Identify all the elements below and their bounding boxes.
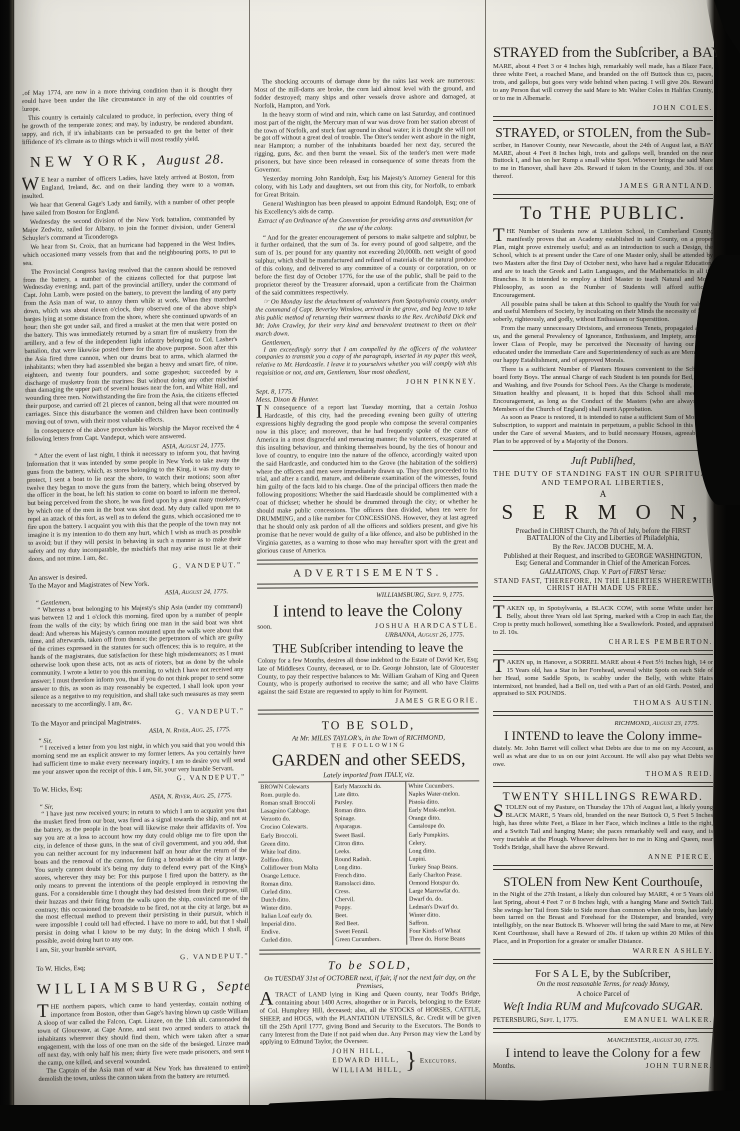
- ad-dateline: MANCHESTER, August 30, 1775.: [493, 1037, 713, 1044]
- ad-text: Months.: [493, 1063, 515, 1070]
- to-be-sold-heading: To be SOLD,: [259, 957, 480, 973]
- divider: [259, 948, 480, 954]
- sermon-article: A: [493, 489, 713, 499]
- ad-signature-row: Months.JOHN TURNER.: [493, 1062, 713, 1070]
- text-line: Sept. 8, 1775.: [256, 388, 477, 396]
- ad-reid-leave-colony: RICHMOND, August 23, 1775. I INTEND to l…: [493, 720, 713, 778]
- executor-name: WILLIAM HILL,: [332, 1065, 402, 1075]
- text-line: I am exceedingly sorry that I am compell…: [256, 345, 477, 378]
- ad-signature: ANNE PIERCE.: [493, 853, 713, 861]
- text-line: We hear from St. Croix, that an hurrican…: [22, 240, 235, 268]
- text-line: THE Number of Students now at Littleton …: [493, 228, 713, 299]
- sermon-dedication: Published at their Request, and inscribe…: [497, 553, 709, 567]
- executors-label: Executors.: [420, 1057, 457, 1064]
- dateline-date: August 28.: [157, 152, 225, 168]
- ad-place-date: PETERSBURG, Sept. 1, 1775.: [493, 1017, 578, 1024]
- ad-signature: EMANUEL WALKER.: [624, 1016, 713, 1024]
- ad-headline: STRAYED from the Subſcriber, a BAY: [493, 45, 713, 62]
- seller-location: At Mr. MILES TAYLOR's, in the Town of RI…: [258, 734, 479, 743]
- ad-taken-up-sorrel-mare: TAKEN up, in Hanover, a SORREL MARE abou…: [493, 659, 713, 708]
- dateline-heading-new-york: NEW YORK, August 28.: [22, 151, 234, 172]
- seed-list-column-2: Early Marzochi do.Late ditto.Parsley.Rom…: [331, 782, 406, 945]
- text-line: To W. Hicks, Esq;: [36, 962, 249, 973]
- column-middle: The shocking accounts of damage done by …: [250, 0, 486, 1131]
- ad-signature-row: soon.JOSHUA HARDCASTLE.: [257, 621, 478, 630]
- sermon-verse: STAND FAST, THEREFORE, IN THE LIBERTIES …: [493, 578, 713, 592]
- middle-news: The shocking accounts of damage done by …: [254, 77, 478, 555]
- sermon-subject: THE DUTY OF STANDING FAST IN OUR SPIRITU…: [493, 469, 713, 487]
- sermon-author: By the Rev. JACOB DUCHE, M. A.: [497, 544, 709, 551]
- sermon-announcement: Juſt Publiſhed, THE DUTY OF STANDING FAS…: [493, 455, 713, 592]
- text-line: ☞ On Monday last the detachment of volun…: [255, 297, 476, 338]
- text-line: IN consequence of a report last Tuesday …: [256, 404, 478, 556]
- ad-strayed-or-stolen: STRAYED, or STOLEN, from the Sub- scribe…: [493, 125, 713, 191]
- divider: [258, 709, 479, 715]
- ad-rum-and-sugar: For S A L E, by the Subſcriber, On the m…: [493, 968, 713, 1024]
- for-sale-heading: For S A L E, by the Subſcriber,: [493, 968, 713, 980]
- ad-headline: I intend to leave the Colony: [257, 600, 478, 621]
- text-line: “ I received a letter from you last nigh…: [32, 741, 246, 777]
- ad-body: TAKEN up, in Hanover, a SORREL MARE abou…: [493, 659, 713, 699]
- williamsburg-news: THE northern papers, which came to hand …: [37, 1000, 250, 1084]
- ad-body: MARE, about 4 Feet 3 or 4 Inches high, r…: [493, 63, 713, 103]
- ad-dateline: URBANNA, August 26, 1775.: [257, 631, 478, 639]
- text-line: Extract of an Ordinance of the Conventio…: [255, 216, 476, 233]
- ad-body: scriber, in Hanover County, near Newcast…: [493, 142, 713, 182]
- text-line: There is a sufficient Number of Planters…: [493, 366, 713, 414]
- divider: [493, 450, 713, 451]
- text-line: Wednesday the second division of the New…: [22, 215, 235, 243]
- ad-signature: THOMAS AUSTIN.: [493, 699, 713, 707]
- divider: [493, 865, 713, 870]
- text-line: “ After the event of last night, I think…: [26, 449, 241, 564]
- dateline-date: September 9.: [217, 977, 250, 994]
- ad-headline: STRAYED, or STOLEN, from the Sub-: [493, 125, 713, 141]
- column-left: ...of May 1774, are now in a more thrivi…: [22, 0, 250, 1131]
- ad-turner-leave-colony: MANCHESTER, August 30, 1775. I intend to…: [493, 1037, 713, 1070]
- ad-gregorie-subscriber: URBANNA, August 26, 1775. THE Subſcriber…: [257, 631, 478, 706]
- brace-glyph: }: [405, 1049, 417, 1073]
- ad-dateline: WILLIAMSBURG, Sept. 9, 1775.: [257, 591, 478, 599]
- column-right: STRAYED from the Subſcriber, a BAY MARE,…: [486, 0, 720, 1131]
- city-name: NEW YORK,: [30, 153, 150, 171]
- text-line: The shocking accounts of damage done by …: [254, 77, 475, 110]
- text-line: Yesterday morning John Randolph, Esq; hi…: [255, 174, 476, 199]
- ad-headline: I INTEND to leave the Colony imme-: [493, 728, 713, 744]
- seed-list-column-1: BROWN ColewartsRom. purple do.Roman smal…: [258, 783, 332, 946]
- divider: [493, 782, 713, 787]
- seed-item: Curled ditto.: [261, 936, 330, 944]
- text-line: All possible pains shall be taken at thi…: [493, 301, 713, 325]
- columns: ...of May 1774, are now in a more thrivi…: [22, 0, 720, 1131]
- ad-strayed-bay-mare: STRAYED from the Subſcriber, a BAY MARE,…: [493, 45, 713, 112]
- ad-body: STOLEN out of my Pasture, on Thursday th…: [493, 804, 713, 852]
- text-line: In the heavy storm of wind and rain, whi…: [254, 110, 475, 175]
- ad-signature: JAMES GRANTLAND.: [493, 182, 713, 190]
- divider: [493, 194, 713, 199]
- ad-headline: I intend to leave the Colony for a few: [493, 1045, 713, 1061]
- ad-body: A TRACT of LAND lying in King and Queen …: [260, 990, 481, 1047]
- text-line: From the many unnecessary Divisions, and…: [493, 325, 713, 365]
- seed-item: Green Cucumbers.: [335, 936, 404, 944]
- text-line: “ I have just now received yours; in ret…: [33, 807, 249, 946]
- executor-names: JOHN HILL,EDWARD HILL,WILLIAM HILL,: [332, 1047, 402, 1075]
- just-published-line: Juſt Publiſhed,: [493, 455, 713, 467]
- page-edge-bottom: [0, 1105, 740, 1131]
- seed-item: Three do. Horse Beans: [409, 935, 478, 943]
- ad-taken-up-black-cow: TAKEN up, in Spotsylvania, a BLACK COW, …: [493, 605, 713, 646]
- divider: [493, 116, 713, 121]
- ad-signature-row: PETERSBURG, Sept. 1, 1775.EMANUEL WALKER…: [493, 1016, 713, 1024]
- executor-name: JOHN HILL,: [332, 1047, 402, 1057]
- divider: [257, 582, 478, 588]
- ad-garden-seeds: TO BE SOLD, At Mr. MILES TAYLOR's, in th…: [258, 718, 480, 946]
- sale-terms: On the most reasonable Terms, for ready …: [493, 981, 713, 988]
- advertisements-heading: ADVERTISEMENTS.: [257, 567, 478, 579]
- sermon-preached-line: Preached in CHRIST Church, the 7th of Ju…: [497, 528, 709, 542]
- text-line: General Washington has been pleased to a…: [255, 199, 476, 216]
- ad-signature: JAMES GREGORIE.: [258, 697, 479, 706]
- divider: [493, 1028, 713, 1033]
- binding-edge-left: [0, 0, 15, 1131]
- text-line: THE northern papers, which came to hand …: [37, 1000, 250, 1067]
- ad-body: TAKEN up, in Spotsylvania, a BLACK COW, …: [493, 605, 713, 637]
- newspaper-scan: ...of May 1774, are now in a more thrivi…: [0, 0, 740, 1131]
- ad-signature: JOHN TURNER.: [646, 1062, 713, 1070]
- column-left-content: ...of May 1774, are now in a more thrivi…: [22, 86, 250, 1084]
- divider: [493, 959, 713, 964]
- ad-signature: WARREN ASHLEY.: [493, 947, 713, 955]
- ad-body: Colony for a few Months, desires all tho…: [257, 656, 478, 697]
- ad-twenty-shillings-reward: TWENTY SHILLINGS REWARD. STOLEN out of m…: [493, 791, 713, 861]
- parcel-line: A choice Parcel of: [493, 990, 713, 998]
- city-name: WILLIAMSBURG,: [37, 979, 210, 998]
- column-right-content: STRAYED from the Subſcriber, a BAY MARE,…: [493, 45, 713, 1070]
- ad-body: diately. Mr. John Barret will collect wh…: [493, 745, 713, 769]
- to-be-sold-heading: TO BE SOLD,: [258, 718, 479, 734]
- imported-from-italy: Lately imported from ITALY, viz.: [258, 771, 479, 780]
- text-line: This country is certainly calculated to …: [22, 111, 234, 147]
- ad-body: in the Night of the 27th Instant, a like…: [493, 891, 713, 946]
- notice-to-the-public: To THE PUBLIC. THE Number of Students no…: [493, 203, 713, 446]
- reward-heading: TWENTY SHILLINGS REWARD.: [493, 791, 713, 803]
- executor-name: EDWARD HILL,: [332, 1056, 402, 1066]
- garden-seeds-heading: GARDEN and other SEEDS,: [258, 750, 479, 771]
- ad-hardcastle-leave-colony: WILLIAMSBURG, Sept. 9, 1775. I intend to…: [257, 591, 478, 630]
- ad-text: soon.: [257, 623, 272, 630]
- ad-hill-land-sale: To be SOLD, On TUESDAY 31st of OCTOBER n…: [259, 957, 481, 1075]
- text-line: As soon as Peace is restored, it is inte…: [493, 414, 713, 446]
- goods-line: Weſt India RUM and Muſcovado SUGAR.: [493, 999, 713, 1014]
- ad-signature: JOSHUA HARDCASTLE.: [375, 621, 478, 630]
- text-line: JOHN PINKNEY.: [256, 378, 477, 387]
- text-line: WE hear a number of officers Ladies, hav…: [22, 173, 235, 201]
- seed-list-column-3: White Cucumbers.Naples Water-melon.Pisto…: [405, 782, 480, 945]
- divider: [493, 596, 713, 601]
- text-line: The Provincial Congress having resolved …: [23, 265, 239, 427]
- dateline-heading-williamsburg: WILLIAMSBURG, September 9.: [37, 978, 250, 999]
- to-the-public-heading: To THE PUBLIC.: [493, 203, 713, 225]
- executors-block: JOHN HILL,EDWARD HILL,WILLIAM HILL, } Ex…: [260, 1047, 457, 1075]
- ad-signature: JOHN COLES.: [493, 104, 713, 112]
- text-line: ...of May 1774, are now in a more thrivi…: [22, 86, 233, 114]
- seed-list: BROWN ColewartsRom. purple do.Roman smal…: [258, 781, 480, 946]
- text-line: The Captain of the Asia man of war at Ne…: [38, 1064, 250, 1084]
- sermon-title: S E R M O N,: [493, 500, 713, 525]
- text-line: In consequence of the above procedure hi…: [26, 424, 239, 444]
- new-york-news: WE hear a number of officers Ladies, hav…: [22, 173, 249, 973]
- sermon-verse-reference: GALLATIONS, Chap. V. Part of FIRST Verse…: [497, 569, 709, 576]
- divider: [493, 711, 713, 716]
- sale-terms: On TUESDAY 31st of OCTOBER next, if fair…: [259, 973, 480, 990]
- public-notice-body: THE Number of Students now at Littleton …: [493, 228, 713, 446]
- page-edge-blot: [694, 255, 740, 505]
- column-middle-content: The shocking accounts of damage done by …: [254, 77, 481, 1075]
- newspaper-page: ...of May 1774, are now in a more thrivi…: [14, 0, 714, 1131]
- ad-signature: THOMAS REID.: [493, 770, 713, 778]
- ad-headline: STOLEN from New Kent Courthouſe,: [493, 874, 713, 890]
- text-line: “ And for the greater encouragement of p…: [255, 233, 476, 298]
- ad-signature: CHARLES PEMBERTON.: [493, 638, 713, 646]
- ad-dateline: RICHMOND, August 23, 1775.: [493, 720, 713, 727]
- text-line: “ Whereas a boat belonging to his Majest…: [29, 603, 244, 710]
- ad-headline: THE Subſcriber intending to leave the: [257, 640, 478, 656]
- divider: [257, 558, 478, 564]
- intro-continuation: ...of May 1774, are now in a more thrivi…: [22, 86, 234, 147]
- divider: [493, 650, 713, 655]
- ad-stolen-new-kent: STOLEN from New Kent Courthouſe, in the …: [493, 874, 713, 955]
